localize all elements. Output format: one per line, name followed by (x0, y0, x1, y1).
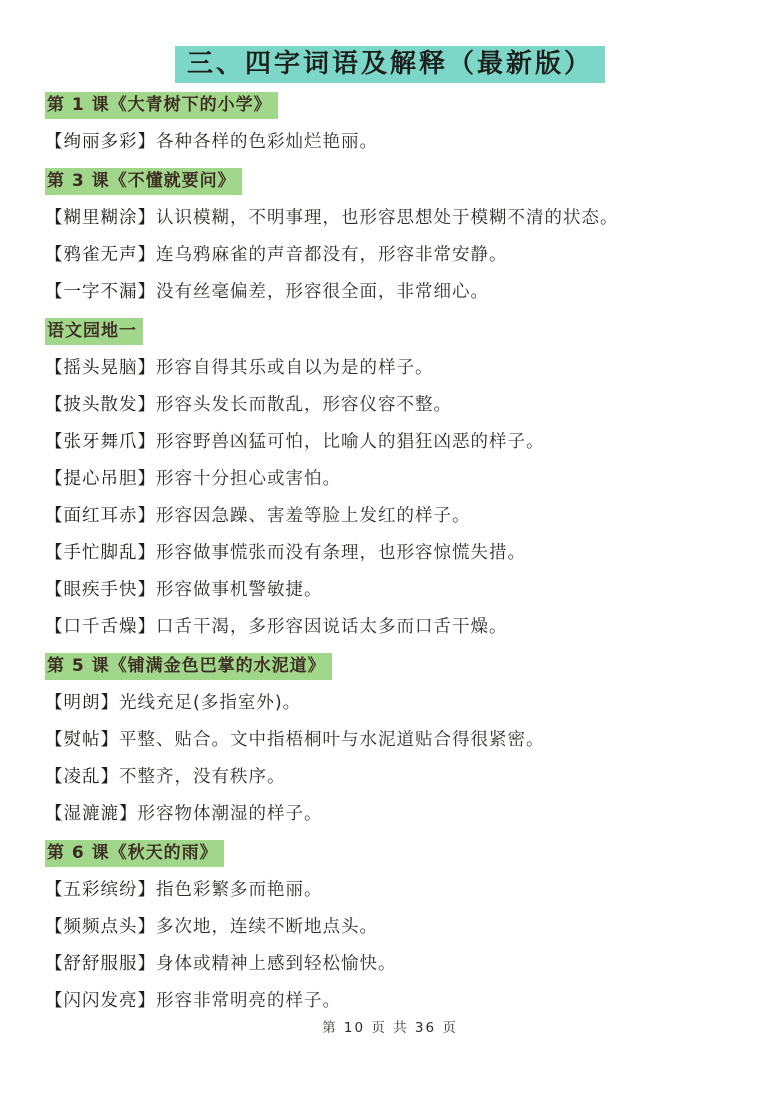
entry-word: 【频频点头】 (45, 917, 156, 937)
entry-definition: 光线充足(多指室外)。 (119, 693, 301, 713)
entry-line: 【披头散发】形容头发长而散乱，形容仪容不整。 (45, 394, 735, 416)
section-heading: 第 1 课《大青树下的小学》 (45, 92, 278, 119)
entry-word: 【熨帖】 (45, 730, 119, 750)
entry-word: 【披头散发】 (45, 395, 156, 415)
entry-word: 【眼疾手快】 (45, 580, 156, 600)
entry-line: 【五彩缤纷】指色彩繁多而艳丽。 (45, 879, 735, 901)
entry-definition: 形容做事慌张而没有条理，也形容惊慌失措。 (156, 543, 526, 563)
entry-definition: 形容自得其乐或自以为是的样子。 (156, 358, 434, 378)
entry-line: 【熨帖】平整、贴合。文中指梧桐叶与水泥道贴合得很紧密。 (45, 729, 735, 751)
entry-word: 【闪闪发亮】 (45, 991, 156, 1011)
entry-word: 【鸦雀无声】 (45, 245, 156, 265)
entry-word: 【湿漉漉】 (45, 804, 138, 824)
entry-definition: 不整齐，没有秩序。 (119, 767, 286, 787)
entry-line: 【凌乱】不整齐，没有秩序。 (45, 766, 735, 788)
page-title: 三、四字词语及解释（最新版） (175, 46, 605, 83)
entry-word: 【张牙舞爪】 (45, 432, 156, 452)
entry-definition: 形容非常明亮的样子。 (156, 991, 341, 1011)
entry-definition: 身体或精神上感到轻松愉快。 (156, 954, 397, 974)
entry-definition: 平整、贴合。文中指梧桐叶与水泥道贴合得很紧密。 (119, 730, 545, 750)
section-heading: 语文园地一 (45, 318, 143, 345)
entry-definition: 口舌干渴，多形容因说话太多而口舌干燥。 (156, 617, 508, 637)
entry-word: 【面红耳赤】 (45, 506, 156, 526)
entry-line: 【湿漉漉】形容物体潮湿的样子。 (45, 803, 735, 825)
entry-word: 【明朗】 (45, 693, 119, 713)
entry-word: 【凌乱】 (45, 767, 119, 787)
section-heading: 第 5 课《铺满金色巴掌的水泥道》 (45, 653, 332, 680)
entry-definition: 各种各样的色彩灿烂艳丽。 (156, 132, 378, 152)
section-heading: 第 3 课《不懂就要问》 (45, 168, 242, 195)
entry-line: 【闪闪发亮】形容非常明亮的样子。 (45, 990, 735, 1012)
entry-line: 【提心吊胆】形容十分担心或害怕。 (45, 468, 735, 490)
entry-line: 【眼疾手快】形容做事机警敏捷。 (45, 579, 735, 601)
entry-definition: 连乌鸦麻雀的声音都没有，形容非常安静。 (156, 245, 508, 265)
entry-definition: 没有丝毫偏差，形容很全面，非常细心。 (156, 282, 489, 302)
entry-word: 【提心吊胆】 (45, 469, 156, 489)
entry-word: 【糊里糊涂】 (45, 208, 156, 228)
entry-line: 【频频点头】多次地，连续不断地点头。 (45, 916, 735, 938)
entry-line: 【明朗】光线充足(多指室外)。 (45, 692, 735, 714)
entry-line: 【手忙脚乱】形容做事慌张而没有条理，也形容惊慌失措。 (45, 542, 735, 564)
entry-word: 【手忙脚乱】 (45, 543, 156, 563)
page-footer: 第 10 页 共 36 页 (0, 1016, 780, 1036)
entry-line: 【口千舌燥】口舌干渴，多形容因说话太多而口舌干燥。 (45, 616, 735, 638)
title-bar: 三、四字词语及解释（最新版） (0, 0, 780, 83)
document-page: 三、四字词语及解释（最新版） 第 1 课《大青树下的小学》【绚丽多彩】各种各样的… (0, 0, 780, 1103)
entry-word: 【五彩缤纷】 (45, 880, 156, 900)
entry-definition: 形容做事机警敏捷。 (156, 580, 323, 600)
entry-definition: 形容物体潮湿的样子。 (138, 804, 323, 824)
entry-line: 【糊里糊涂】认识模糊，不明事理，也形容思想处于模糊不清的状态。 (45, 207, 735, 229)
entry-definition: 多次地，连续不断地点头。 (156, 917, 378, 937)
entry-word: 【摇头晃脑】 (45, 358, 156, 378)
entry-definition: 指色彩繁多而艳丽。 (156, 880, 323, 900)
entry-definition: 形容野兽凶猛可怕，比喻人的猖狂凶恶的样子。 (156, 432, 545, 452)
content: 第 1 课《大青树下的小学》【绚丽多彩】各种各样的色彩灿烂艳丽。第 3 课《不懂… (0, 92, 780, 1012)
entry-line: 【面红耳赤】形容因急躁、害羞等脸上发红的样子。 (45, 505, 735, 527)
entry-line: 【张牙舞爪】形容野兽凶猛可怕，比喻人的猖狂凶恶的样子。 (45, 431, 735, 453)
section-heading: 第 6 课《秋天的雨》 (45, 840, 224, 867)
entry-line: 【一字不漏】没有丝毫偏差，形容很全面，非常细心。 (45, 281, 735, 303)
entry-word: 【舒舒服服】 (45, 954, 156, 974)
entry-line: 【鸦雀无声】连乌鸦麻雀的声音都没有，形容非常安静。 (45, 244, 735, 266)
entry-definition: 认识模糊，不明事理，也形容思想处于模糊不清的状态。 (156, 208, 619, 228)
entry-definition: 形容十分担心或害怕。 (156, 469, 341, 489)
entry-word: 【口千舌燥】 (45, 617, 156, 637)
entry-line: 【舒舒服服】身体或精神上感到轻松愉快。 (45, 953, 735, 975)
entry-line: 【绚丽多彩】各种各样的色彩灿烂艳丽。 (45, 131, 735, 153)
entry-definition: 形容因急躁、害羞等脸上发红的样子。 (156, 506, 471, 526)
entry-line: 【摇头晃脑】形容自得其乐或自以为是的样子。 (45, 357, 735, 379)
entry-word: 【一字不漏】 (45, 282, 156, 302)
entry-word: 【绚丽多彩】 (45, 132, 156, 152)
entry-definition: 形容头发长而散乱，形容仪容不整。 (156, 395, 452, 415)
